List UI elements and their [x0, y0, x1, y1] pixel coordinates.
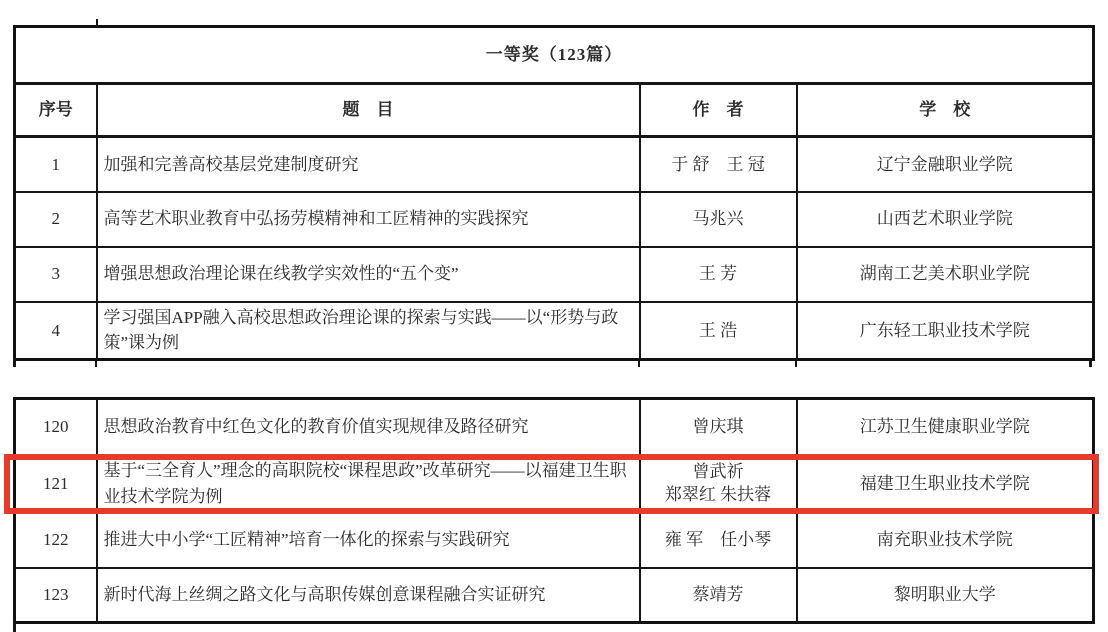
- cell-title: 基于“三全育人”理念的高职院校“课程思政”改革研究——以福建卫生职业技术学院为例: [97, 455, 640, 513]
- cell-school: 福建卫生职业技术学院: [797, 455, 1094, 513]
- col-header-title: 题 目: [97, 84, 640, 137]
- cell-no: 122: [15, 513, 97, 568]
- cell-author: 雍 军 任小琴: [640, 513, 797, 568]
- cell-author: 于 舒 王 冠: [640, 137, 797, 192]
- cell-no: 3: [15, 247, 97, 302]
- cell-no: 1: [15, 137, 97, 192]
- cropped-border-divider-2: [638, 358, 640, 367]
- table-title-row: 一等奖（123篇）: [15, 27, 1094, 84]
- cell-author: 马兆兴: [640, 192, 797, 247]
- cell-no: 121: [15, 455, 97, 513]
- author-line-2: 郑翠红 朱扶蓉: [647, 484, 790, 507]
- cell-no: 2: [15, 192, 97, 247]
- cell-author: 曾庆琪: [640, 399, 797, 455]
- cell-author: 蔡靖芳: [640, 568, 797, 623]
- table-row: 2 高等艺术职业教育中弘扬劳模精神和工匠精神的实践探究 马兆兴 山西艺术职业学院: [15, 192, 1094, 247]
- cell-author: 王 浩: [640, 302, 797, 360]
- cell-title: 思想政治教育中红色文化的教育价值实现规律及路径研究: [97, 399, 640, 455]
- cell-title: 增强思想政治理论课在线教学实效性的“五个变”: [97, 247, 640, 302]
- col-header-author: 作 者: [640, 84, 797, 137]
- cell-no: 4: [15, 302, 97, 360]
- table-row: 4 学习强国APP融入高校思想政治理论课的探索与实践——以“形势与政策”课为例 …: [15, 302, 1094, 360]
- cell-author: 曾武祈 郑翠红 朱扶蓉: [640, 455, 797, 513]
- cell-title: 学习强国APP融入高校思想政治理论课的探索与实践——以“形势与政策”课为例: [97, 302, 640, 360]
- cell-school: 湖南工艺美术职业学院: [797, 247, 1094, 302]
- cell-title: 新时代海上丝绸之路文化与高职传媒创意课程融合实证研究: [97, 568, 640, 623]
- table-row-highlighted: 121 基于“三全育人”理念的高职院校“课程思政”改革研究——以福建卫生职业技术…: [15, 455, 1094, 513]
- table-row: 120 思想政治教育中红色文化的教育价值实现规律及路径研究 曾庆琪 江苏卫生健康…: [15, 399, 1094, 455]
- award-table-bottom-section: 120 思想政治教育中红色文化的教育价值实现规律及路径研究 曾庆琪 江苏卫生健康…: [13, 397, 1095, 624]
- author-line-1: 曾武祈: [647, 461, 790, 484]
- cropped-border-divider-1: [95, 358, 97, 367]
- cropped-border-bottom-left: [13, 621, 16, 632]
- cell-school: 江苏卫生健康职业学院: [797, 399, 1094, 455]
- col-header-school: 学 校: [797, 84, 1094, 137]
- cell-school: 辽宁金融职业学院: [797, 137, 1094, 192]
- table-row: 123 新时代海上丝绸之路文化与高职传媒创意课程融合实证研究 蔡靖芳 黎明职业大…: [15, 568, 1094, 623]
- cell-school: 黎明职业大学: [797, 568, 1094, 623]
- cropped-border-left: [13, 358, 16, 367]
- cell-school: 广东轻工职业技术学院: [797, 302, 1094, 360]
- cell-no: 123: [15, 568, 97, 623]
- table-header-row: 序号 题 目 作 者 学 校: [15, 84, 1094, 137]
- cell-title: 高等艺术职业教育中弘扬劳模精神和工匠精神的实践探究: [97, 192, 640, 247]
- document-page: 一等奖（123篇） 序号 题 目 作 者 学 校 1 加强和完善高校基层党建制度…: [0, 0, 1108, 632]
- col-header-no: 序号: [15, 84, 97, 137]
- cell-title: 推进大中小学“工匠精神”培育一体化的探索与实践研究: [97, 513, 640, 568]
- cropped-border-divider-3: [795, 358, 797, 367]
- award-table-top-section: 一等奖（123篇） 序号 题 目 作 者 学 校 1 加强和完善高校基层党建制度…: [13, 25, 1095, 361]
- table-row: 122 推进大中小学“工匠精神”培育一体化的探索与实践研究 雍 军 任小琴 南充…: [15, 513, 1094, 568]
- table-row: 3 增强思想政治理论课在线教学实效性的“五个变” 王 芳 湖南工艺美术职业学院: [15, 247, 1094, 302]
- cell-no: 120: [15, 399, 97, 455]
- cell-title: 加强和完善高校基层党建制度研究: [97, 137, 640, 192]
- cell-school: 南充职业技术学院: [797, 513, 1094, 568]
- table-row: 1 加强和完善高校基层党建制度研究 于 舒 王 冠 辽宁金融职业学院: [15, 137, 1094, 192]
- cropped-border-right: [1089, 358, 1092, 367]
- cell-school: 山西艺术职业学院: [797, 192, 1094, 247]
- cell-author: 王 芳: [640, 247, 797, 302]
- table-title: 一等奖（123篇）: [15, 27, 1094, 84]
